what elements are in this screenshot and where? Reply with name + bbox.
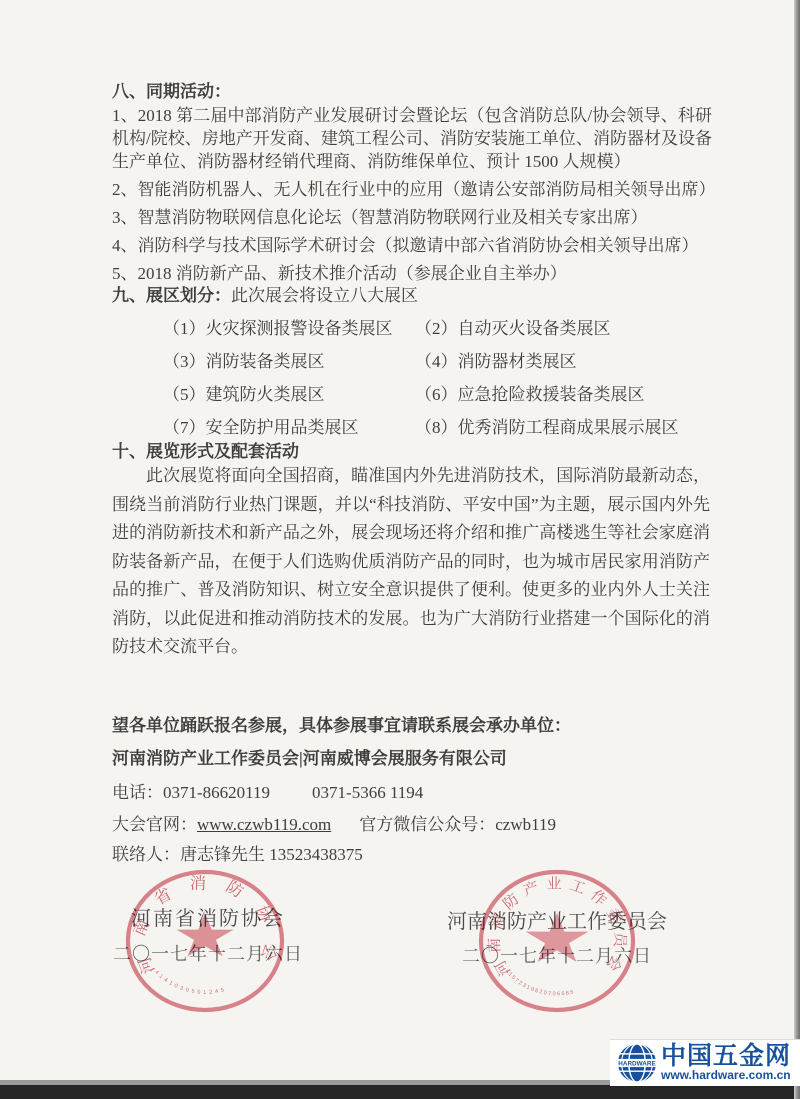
scan-bottom-edge <box>0 1085 800 1099</box>
section-9-heading-rest: 此次展会将设立八大展区 <box>231 286 418 305</box>
zone-item-8: （8）优秀消防工程商成果展示展区 <box>415 416 723 439</box>
section-9-heading: 九、展区划分：此次展会将设立八大展区 <box>112 284 418 307</box>
activity-item-2: 2、智能消防机器人、无人机在行业中的应用（邀请公安部消防局相关领导出席） <box>112 178 712 201</box>
zone-list: （1）火灾探测报警设备类展区 （2）自动灭火设备类展区 （3）消防装备类展区 （… <box>163 312 723 444</box>
phone-number-1: 0371-86620119 <box>163 783 270 802</box>
zone-item-5: （5）建筑防火类展区 <box>163 383 415 406</box>
contact-person-line: 联络人：唐志锋先生 13523438375 <box>112 843 363 866</box>
website-label: 大会官网： <box>112 815 197 834</box>
phone-number-2: 0371-5366 1194 <box>312 783 423 802</box>
seal-code-text: 41572319820706685 <box>504 968 576 997</box>
phone-label: 电话： <box>112 783 163 802</box>
activity-item-1: 1、2018 第二届中部消防产业发展研讨会暨论坛（包含消防总队/协会领导、科研机… <box>112 104 712 173</box>
website-url: www.czwb119.com <box>197 815 331 834</box>
hardware-site-watermark: HARDWARE 中国五金网 www.hardware.com.cn <box>610 1040 800 1086</box>
globe-label: HARDWARE <box>618 1061 655 1068</box>
globe-icon: HARDWARE <box>617 1043 657 1083</box>
svg-text:4141030501245: 4141030501245 <box>153 969 227 996</box>
website-line: 大会官网：www.czwb119.com官方微信公众号：czwb119 <box>112 813 556 836</box>
wechat-label: 官方微信公众号： <box>359 815 495 834</box>
scan-right-edge <box>794 0 800 1099</box>
seal-code-text: 4141030501245 <box>153 969 227 996</box>
site-name: 中国五金网 <box>661 1044 791 1069</box>
contact-person-value: 唐志锋先生 13523438375 <box>180 845 363 864</box>
activity-item-5: 5、2018 消防新产品、新技术推介活动（参展企业自主举办） <box>112 262 712 285</box>
scanned-document-page: 八、同期活动： 1、2018 第二届中部消防产业发展研讨会暨论坛（包含消防总队/… <box>0 0 800 1099</box>
zone-item-4: （4）消防器材类展区 <box>415 350 723 373</box>
contact-person-label: 联络人： <box>112 845 180 864</box>
activity-item-4: 4、消防科学与技术国际学术研讨会（拟邀请中部六省消防协会相关领导出席） <box>112 234 712 257</box>
section-8-heading: 八、同期活动： <box>112 80 231 103</box>
section-8-activity-list: 1、2018 第二届中部消防产业发展研讨会暨论坛（包含消防总队/协会领导、科研机… <box>112 104 712 290</box>
organizer-line: 河南消防产业工作委员会|河南威博会展服务有限公司 <box>112 747 507 770</box>
zone-item-7: （7）安全防护用品类展区 <box>163 416 415 439</box>
svg-text:41572319820706685: 41572319820706685 <box>504 968 576 997</box>
call-to-action-line: 望各单位踊跃报名参展，具体参展事宜请联系展会承办单位： <box>112 714 571 737</box>
wechat-account: czwb119 <box>495 815 556 834</box>
phone-line: 电话：0371-866201190371-5366 1194 <box>112 781 423 804</box>
seal-star-icon <box>526 913 589 962</box>
section-10-heading: 十、展览形式及配套活动 <box>112 440 299 463</box>
left-official-seal: 河南省消防协会 4141030501245 <box>123 868 287 1015</box>
activity-item-3: 3、智慧消防物联网信息化论坛（智慧消防物联网行业及相关专家出席） <box>112 206 712 229</box>
zone-item-3: （3）消防装备类展区 <box>163 350 415 373</box>
zone-item-1: （1）火灾探测报警设备类展区 <box>163 317 415 340</box>
zone-item-2: （2）自动灭火设备类展区 <box>415 317 723 340</box>
zone-item-6: （6）应急抢险救援装备类展区 <box>415 383 723 406</box>
section-9-heading-title: 九、展区划分： <box>112 286 231 305</box>
right-official-seal: 河南消防产业工作委员会 41572319820706685 <box>477 868 637 1015</box>
seal-star-icon <box>176 913 233 956</box>
site-url: www.hardware.com.cn <box>661 1069 791 1082</box>
section-10-paragraph: 此次展览将面向全国招商，瞄准国内外先进消防技术，国际消防最新动态，围绕当前消防行… <box>112 462 710 662</box>
